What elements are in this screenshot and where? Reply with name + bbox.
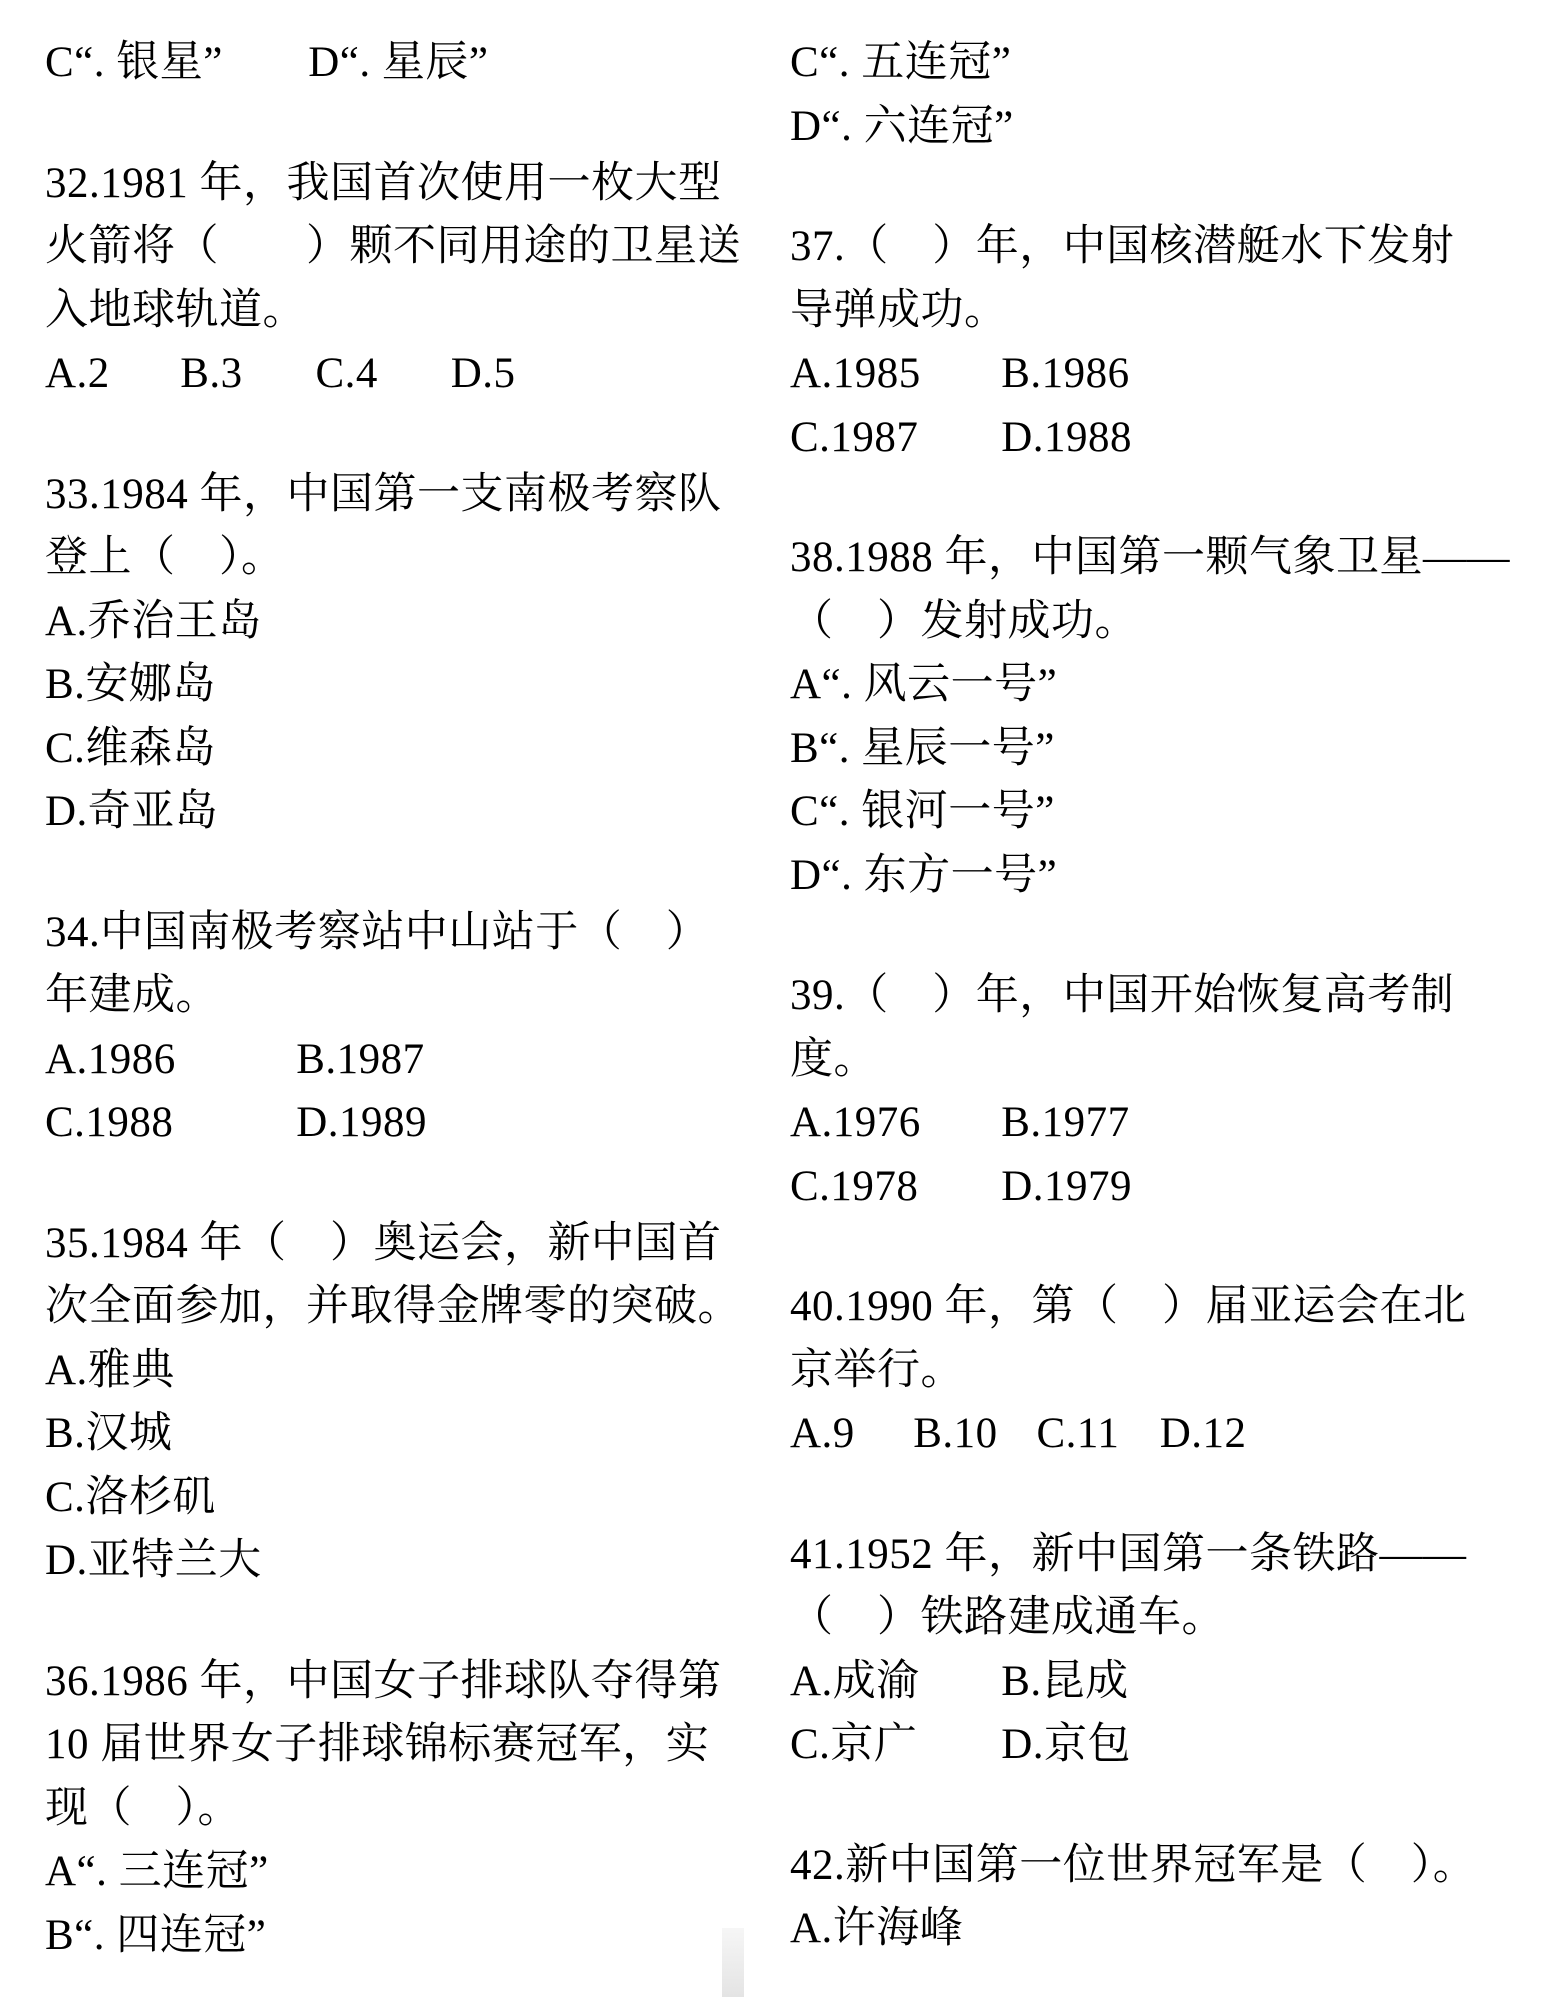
- question-31-options-row: C“. 银星” D“. 星辰”: [45, 31, 755, 95]
- options-row: A.成渝 B.昆成: [790, 1650, 1520, 1714]
- option-b: B.安娜岛: [45, 653, 755, 717]
- question-block-38: 38.1988 年，中国第一颗气象卫星—— （ ）发射成功。 A“. 风云一号”…: [790, 526, 1520, 907]
- option-a: A“. 三连冠”: [45, 1840, 755, 1904]
- options-row: A.1976 B.1977: [790, 1091, 1520, 1155]
- question-line: 41.1952 年，新中国第一条铁路——: [790, 1523, 1520, 1587]
- option-b: B.10: [913, 1402, 1025, 1466]
- question-line: 入地球轨道。: [45, 279, 755, 343]
- option-c: C“. 银星”: [45, 31, 297, 95]
- question-block-36: 36.1986 年，中国女子排球队夺得第 10 届世界女子排球锦标赛冠军，实 现…: [45, 1650, 755, 1968]
- option-a: A.乔治王岛: [45, 590, 755, 654]
- question-line: 40.1990 年，第（ ）届亚运会在北: [790, 1275, 1520, 1339]
- left-column: C“. 银星” D“. 星辰” 32.1981 年，我国首次使用一枚大型 火箭将…: [45, 31, 755, 1967]
- question-line: （ ）发射成功。: [790, 590, 1520, 654]
- option-b: B.1977: [1001, 1091, 1129, 1155]
- options-row: A.1986 B.1987: [45, 1028, 755, 1092]
- question-line: 京举行。: [790, 1339, 1520, 1403]
- question-block-33: 33.1984 年，中国第一支南极考察队 登上（ ）。 A.乔治王岛 B.安娜岛…: [45, 463, 755, 844]
- option-d: D.1979: [1001, 1155, 1132, 1219]
- option-c: C.维森岛: [45, 717, 755, 781]
- option-d: D“. 星辰”: [308, 31, 488, 95]
- options-row: A.9 B.10 C.11 D.12: [790, 1402, 1520, 1466]
- question-line: 39.（ ）年，中国开始恢复高考制: [790, 964, 1520, 1028]
- option-d: D.1989: [296, 1091, 427, 1155]
- option-d: D.亚特兰大: [45, 1529, 755, 1593]
- option-c: C“. 银河一号”: [790, 780, 1520, 844]
- option-b: B.汉城: [45, 1402, 755, 1466]
- question-block-41: 41.1952 年，新中国第一条铁路—— （ ）铁路建成通车。 A.成渝 B.昆…: [790, 1523, 1520, 1777]
- option-a: A“. 风云一号”: [790, 653, 1520, 717]
- option-a: A.9: [790, 1402, 902, 1466]
- question-line: 38.1988 年，中国第一颗气象卫星——: [790, 526, 1520, 590]
- option-b: B.1987: [296, 1028, 424, 1092]
- question-line: 42.新中国第一位世界冠军是（ ）。: [790, 1834, 1520, 1898]
- question-line: 32.1981 年，我国首次使用一枚大型: [45, 152, 755, 216]
- option-b: B“. 星辰一号”: [790, 717, 1520, 781]
- question-block-35: 35.1984 年（ ）奥运会，新中国首 次全面参加，并取得金牌零的突破。 A.…: [45, 1212, 755, 1593]
- option-c: C“. 五连冠”: [790, 31, 1520, 95]
- question-line: 10 届世界女子排球锦标赛冠军，实: [45, 1713, 755, 1777]
- question-line: 36.1986 年，中国女子排球队夺得第: [45, 1650, 755, 1714]
- option-b: B“. 四连冠”: [45, 1904, 755, 1968]
- option-d: D.5: [451, 342, 516, 406]
- question-line: 火箭将（ ）颗不同用途的卫星送: [45, 215, 755, 279]
- question-line: 34.中国南极考察站中山站于（ ）: [45, 901, 755, 965]
- scan-artifact: [722, 1928, 744, 1997]
- options-row: A.1985 B.1986: [790, 342, 1520, 406]
- question-line: 33.1984 年，中国第一支南极考察队: [45, 463, 755, 527]
- option-c: C.1987: [790, 406, 990, 470]
- option-a: A.2: [45, 342, 169, 406]
- option-a: A.成渝: [790, 1650, 990, 1714]
- option-d: D“. 六连冠”: [790, 95, 1520, 159]
- option-c: C.京广: [790, 1713, 990, 1777]
- question-line: 35.1984 年（ ）奥运会，新中国首: [45, 1212, 755, 1276]
- question-line: 导弹成功。: [790, 279, 1520, 343]
- option-c: C.11: [1037, 1402, 1149, 1466]
- option-d: D.1988: [1001, 406, 1132, 470]
- option-c: C.4: [316, 342, 440, 406]
- option-d: D.奇亚岛: [45, 780, 755, 844]
- options-row: C.1988 D.1989: [45, 1091, 755, 1155]
- option-b: B.1986: [1001, 342, 1129, 406]
- question-block-32: 32.1981 年，我国首次使用一枚大型 火箭将（ ）颗不同用途的卫星送 入地球…: [45, 152, 755, 406]
- question-block-42: 42.新中国第一位世界冠军是（ ）。 A.许海峰: [790, 1834, 1520, 1961]
- option-d: D.12: [1160, 1402, 1247, 1466]
- option-c: C.1978: [790, 1155, 990, 1219]
- option-a: A.许海峰: [790, 1897, 1520, 1961]
- options-row: C.京广 D.京包: [790, 1713, 1520, 1777]
- option-d: D.京包: [1001, 1713, 1131, 1777]
- option-c: C.1988: [45, 1091, 285, 1155]
- question-block-37: 37.（ ）年，中国核潜艇水下发射 导弹成功。 A.1985 B.1986 C.…: [790, 215, 1520, 469]
- options-row: C.1978 D.1979: [790, 1155, 1520, 1219]
- option-b: B.昆成: [1001, 1650, 1128, 1714]
- question-block-39: 39.（ ）年，中国开始恢复高考制 度。 A.1976 B.1977 C.197…: [790, 964, 1520, 1218]
- option-d: D“. 东方一号”: [790, 844, 1520, 908]
- question-block-40: 40.1990 年，第（ ）届亚运会在北 京举行。 A.9 B.10 C.11 …: [790, 1275, 1520, 1466]
- question-line: 现（ ）。: [45, 1777, 755, 1841]
- options-row: A.2 B.3 C.4 D.5: [45, 342, 755, 406]
- question-line: （ ）铁路建成通车。: [790, 1586, 1520, 1650]
- question-line: 登上（ ）。: [45, 526, 755, 590]
- right-column: C“. 五连冠” D“. 六连冠” 37.（ ）年，中国核潜艇水下发射 导弹成功…: [790, 31, 1520, 1961]
- question-line: 年建成。: [45, 964, 755, 1028]
- option-a: A.雅典: [45, 1339, 755, 1403]
- question-block-34: 34.中国南极考察站中山站于（ ） 年建成。 A.1986 B.1987 C.1…: [45, 901, 755, 1155]
- option-a: A.1976: [790, 1091, 990, 1155]
- question-line: 次全面参加，并取得金牌零的突破。: [45, 1275, 755, 1339]
- option-c: C.洛杉矶: [45, 1466, 755, 1530]
- option-a: A.1986: [45, 1028, 285, 1092]
- question-line: 度。: [790, 1028, 1520, 1092]
- option-a: A.1985: [790, 342, 990, 406]
- option-b: B.3: [180, 342, 304, 406]
- options-row: C.1987 D.1988: [790, 406, 1520, 470]
- question-line: 37.（ ）年，中国核潜艇水下发射: [790, 215, 1520, 279]
